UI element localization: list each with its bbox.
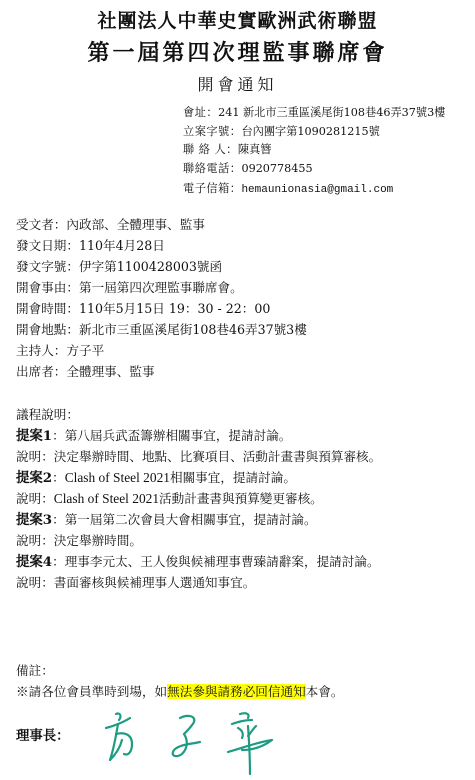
recipients-row: 受文者：內政部、全體理事、監事 [16,214,307,235]
meeting-details: 受文者：內政部、全體理事、監事 發文日期：110年4月28日 發文字號：伊字第1… [16,214,307,382]
proposal-1-note-text: 決定舉辦時間、地點、比賽項目、活動計畫書與預算審核。 [54,449,381,464]
proposal-4-label: 提案4 [16,554,52,570]
proposal-2-note-event-name: Clash of Steel 2021 [54,491,159,506]
proposal-4-note: 說明：書面審核與候補理事人選通知事宜。 [16,572,381,593]
proposal-2-label: 提案2 [16,470,52,486]
chairman-label: 理事長： [16,726,70,746]
proposal-3: 提案3：第一屆第二次會員大會相關事宜，提請討論。 [16,509,381,530]
notes-highlighted-text: 無法參與請務必回信通知 [167,684,306,699]
contact-person-label: 聯 絡 人： [183,143,238,156]
address-row: 會址：241 新北市三重區溪尾街108巷46弄37號3樓 [183,104,445,123]
agenda-heading: 議程說明： [16,404,381,425]
attendees-label: 出席者： [16,364,66,379]
email-row: 電子信箱：hemaunionasia@gmail.com [183,180,445,199]
separator: ： [52,428,65,443]
registration-row: 立案字號：台內團字第1090281215號 [183,123,445,142]
time-row: 開會時間：110年5月15日 19：30 - 22：00 [16,298,307,319]
registration-value: 台內團字第1090281215號 [241,125,379,138]
issue-date-row: 發文日期：110年4月28日 [16,235,307,256]
proposal-1-text: 第八屆兵武盃籌辦相關事宜，提請討論。 [65,428,292,443]
separator: ： [52,470,65,485]
host-value: 方子平 [66,343,104,358]
subject-label: 開會事由： [16,280,79,295]
chairman-signature [92,704,292,780]
proposal-4-note-text: 書面審核與候補理事人選通知事宜。 [54,575,256,590]
meeting-title: 第一屆第四次理監事聯席會 [0,38,475,68]
doc-number-value: 伊字第1100428003號函 [79,259,222,274]
doc-number-row: 發文字號：伊字第1100428003號函 [16,256,307,277]
notes-suffix: 本會。 [306,684,344,699]
registration-label: 立案字號： [183,125,241,138]
issue-date-value: 110年4月28日 [79,238,165,253]
proposal-2-text: 相關事宜，提請討論。 [170,470,296,485]
proposal-4: 提案4：理事李元太、王人俊與候補理事曹臻請辭案，提請討論。 [16,551,381,572]
subject-value: 第一屆第四次理監事聯席會。 [79,280,243,295]
agenda-section: 議程說明： 提案1：第八屆兵武盃籌辦相關事宜，提請討論。 說明：決定舉辦時間、地… [16,404,381,593]
subject-row: 開會事由：第一屆第四次理監事聯席會。 [16,277,307,298]
location-value: 新北市三重區溪尾街108巷46弄37號3樓 [79,322,307,337]
proposal-3-text: 第一屆第二次會員大會相關事宜，提請討論。 [65,512,317,527]
proposal-4-text: 理事李元太、王人俊與候補理事曹臻請辭案，提請討論。 [65,554,380,569]
phone-label: 聯絡電話： [183,162,241,175]
phone-value: 0920778455 [241,162,312,175]
email-label: 電子信箱： [183,182,241,195]
time-value: 110年5月15日 19：30 - 22：00 [79,301,270,316]
issue-date-label: 發文日期： [16,238,79,253]
signature-icon [92,704,292,780]
note-label: 說明： [16,575,54,590]
notes-line: ※請各位會員準時到場，如無法參與請務必回信通知本會。 [16,681,343,702]
proposal-2: 提案2：Clash of Steel 2021相關事宜，提請討論。 [16,467,381,488]
organization-title: 社團法人中華史實歐洲武術聯盟 [0,8,475,34]
note-label: 說明： [16,449,54,464]
proposal-2-event-name: Clash of Steel 2021 [65,470,170,485]
note-label: 說明： [16,533,54,548]
notes-prefix: ※請各位會員準時到場，如 [16,684,167,699]
proposal-2-note-text: 活動計畫書與預算變更審核。 [159,491,323,506]
separator: ： [52,512,65,527]
address-label: 會址： [183,106,218,119]
host-label: 主持人： [16,343,66,358]
proposal-1-label: 提案1 [16,428,52,444]
separator: ： [52,554,65,569]
contact-person-row: 聯 絡 人：陳真簪 [183,141,445,160]
location-row: 開會地點：新北市三重區溪尾街108巷46弄37號3樓 [16,319,307,340]
attendees-row: 出席者：全體理事、監事 [16,361,307,382]
proposal-3-note: 說明：決定舉辦時間。 [16,530,381,551]
proposal-1-note: 說明：決定舉辦時間、地點、比賽項目、活動計畫書與預算審核。 [16,446,381,467]
attendees-value: 全體理事、監事 [66,364,154,379]
doc-number-label: 發文字號： [16,259,79,274]
proposal-2-note: 說明：Clash of Steel 2021活動計畫書與預算變更審核。 [16,488,381,509]
notes-heading: 備註： [16,660,343,681]
recipients-label: 受文者： [16,217,66,232]
location-label: 開會地點： [16,322,79,337]
proposal-3-label: 提案3 [16,512,52,528]
recipients-value: 內政部、全體理事、監事 [66,217,205,232]
notice-title: 開會通知 [0,74,475,96]
address-value: 241 新北市三重區溪尾街108巷46弄37號3樓 [218,106,445,119]
host-row: 主持人：方子平 [16,340,307,361]
proposal-3-note-text: 決定舉辦時間。 [54,533,142,548]
email-value: hemaunionasia@gmail.com [241,184,393,196]
phone-row: 聯絡電話：0920778455 [183,160,445,179]
proposal-1: 提案1：第八屆兵武盃籌辦相關事宜，提請討論。 [16,425,381,446]
contact-person-value: 陳真簪 [238,143,272,156]
time-label: 開會時間： [16,301,79,316]
contact-block: 會址：241 新北市三重區溪尾街108巷46弄37號3樓 立案字號：台內團字第1… [183,104,445,199]
notes-section: 備註： ※請各位會員準時到場，如無法參與請務必回信通知本會。 [16,660,343,702]
note-label: 說明： [16,491,54,506]
